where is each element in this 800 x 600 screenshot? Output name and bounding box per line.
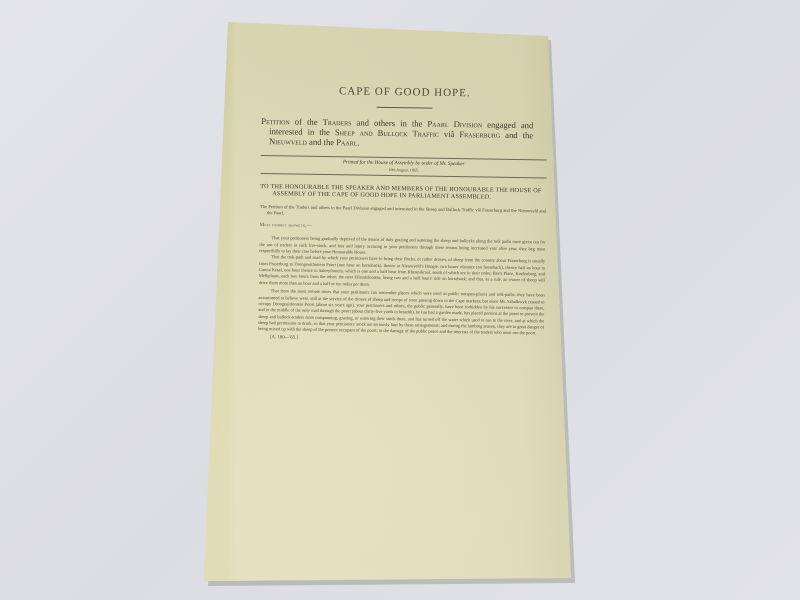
subtitle-text-run: Nieuwveld bbox=[269, 136, 307, 147]
petition-salutation: Most humbly showeth,— bbox=[260, 223, 546, 232]
subtitle-text-run: and the bbox=[500, 130, 533, 141]
document-page: CAPE OF GOOD HOPE. Petition of the Trade… bbox=[258, 80, 548, 344]
petition-address: TO THE HONOURABLE THE SPEAKER AND MEMBER… bbox=[260, 183, 546, 201]
subtitle-text-run: and the bbox=[307, 137, 337, 147]
subtitle-text-run: Paarl. bbox=[336, 137, 359, 147]
document-title: CAPE OF GOOD HOPE. bbox=[262, 84, 548, 100]
title-divider bbox=[377, 107, 433, 109]
subtitle-text-run: Fraserburg bbox=[459, 129, 500, 140]
body-paragraph: That the trek-path and road by which you… bbox=[259, 254, 545, 290]
body-paragraph: That from the most remote times that you… bbox=[258, 288, 545, 337]
subtitle-text-run: viâ bbox=[439, 129, 460, 139]
subtitle-text-run: Traders bbox=[323, 117, 352, 127]
subtitle-text-run: of the bbox=[290, 116, 323, 127]
petition-preamble: The Petition of the Traders and others i… bbox=[260, 204, 546, 221]
document-subtitle: Petition of the Traders and others in th… bbox=[261, 116, 533, 150]
subtitle-text-run: Petition bbox=[261, 116, 290, 126]
